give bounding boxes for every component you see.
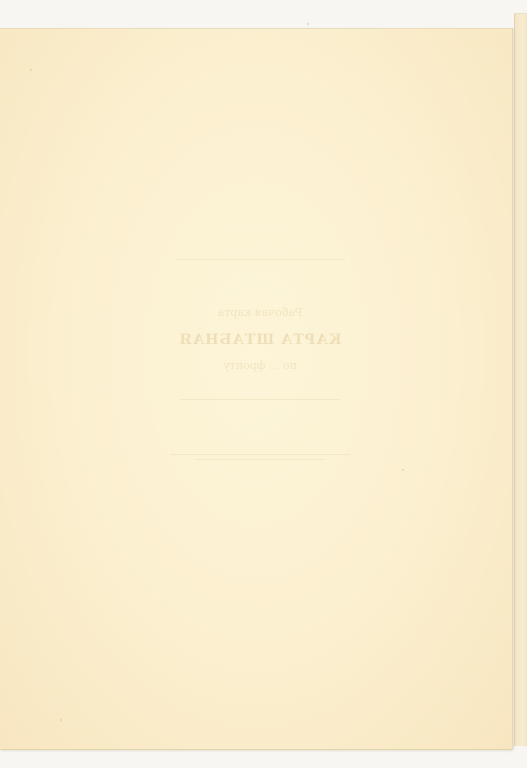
bleed-through-rule: [180, 399, 340, 400]
scanned-page: Рабочая карта КАРТА ШТАБНАЯ по ... фронт…: [0, 28, 513, 750]
bleed-through-rule: [170, 454, 350, 455]
paper-speck: [402, 469, 404, 471]
bleed-through-rule: [175, 259, 345, 260]
paper-speck: [30, 69, 32, 71]
adjacent-page-edge: [514, 13, 527, 746]
bleed-through-line-3: по ... фронту: [150, 359, 370, 372]
bleed-through-rule: [195, 459, 325, 460]
bleed-through-line-1: Рабочая карта: [150, 306, 370, 319]
paper-speck: [307, 23, 309, 25]
paper-speck: [60, 719, 62, 721]
bleed-through-title: КАРТА ШТАБНАЯ: [150, 332, 370, 348]
